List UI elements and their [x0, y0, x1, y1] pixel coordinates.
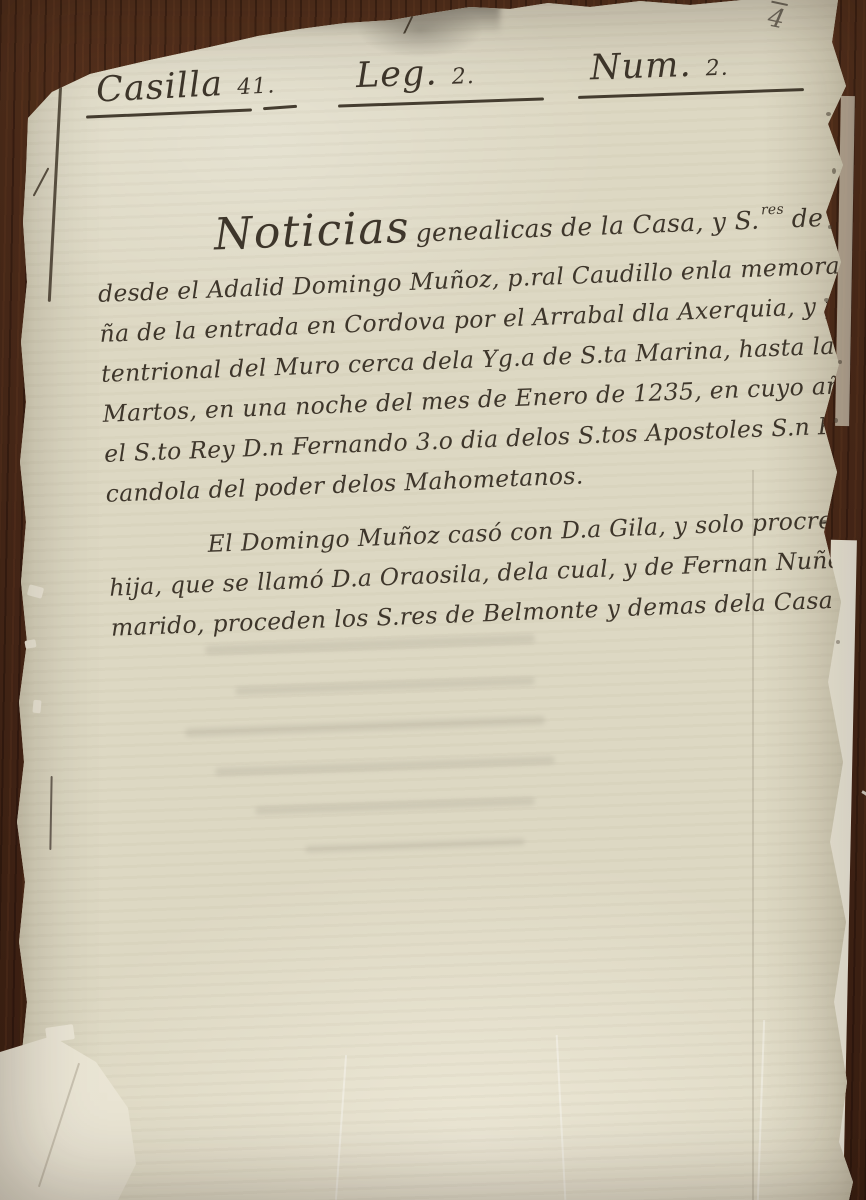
- verso-showthrough: [255, 797, 535, 815]
- title-superscript: res: [761, 202, 785, 219]
- edge-ink-speck: [822, 520, 827, 524]
- casilla-number: 41.: [237, 73, 276, 100]
- edge-ink-speck: [824, 298, 829, 302]
- edge-ink-speck: [828, 225, 832, 229]
- manuscript-photograph: 7 4 Casilla 41. Leg. 2. Num. 2. Noticias…: [0, 0, 866, 1200]
- numero-number: 2.: [705, 56, 729, 82]
- edge-ink-speck: [834, 418, 838, 423]
- edge-ink-speck: [832, 168, 836, 174]
- legajo-underline: [338, 97, 544, 107]
- margin-ink-stroke: [49, 776, 52, 850]
- verso-showthrough: [235, 677, 535, 695]
- paragraph-1: desde el Adalid Domingo Muñoz, p.ral Cau…: [97, 245, 856, 514]
- paper-crease: [335, 1055, 347, 1200]
- edge-ink-speck: [838, 360, 842, 364]
- title-text: genealicas de la Casa, y S.: [415, 206, 760, 248]
- margin-ink-stroke: [48, 64, 63, 302]
- verso-showthrough: [215, 756, 555, 776]
- legajo-number: 2.: [451, 64, 475, 90]
- manuscript-page: 7 4 Casilla 41. Leg. 2. Num. 2. Noticias…: [0, 0, 866, 1200]
- header-casilla: Casilla 41.: [95, 61, 276, 110]
- numero-underline: [578, 88, 804, 98]
- torn-edge-chip: [32, 700, 41, 714]
- edge-ink-speck: [826, 112, 831, 116]
- edge-ink-speck: [836, 640, 840, 644]
- numero-label: Num.: [589, 45, 692, 89]
- header-legajo: Leg. 2.: [355, 52, 475, 96]
- title-opening-word: Noticias: [213, 202, 411, 260]
- paper-crease: [556, 1035, 567, 1200]
- separator-dash: [263, 105, 297, 110]
- verso-showthrough: [305, 838, 525, 853]
- paper-fold-line: [752, 470, 754, 1200]
- header-numero: Num. 2.: [589, 44, 729, 89]
- pencil-folio-number: 4: [765, 3, 787, 36]
- manuscript-body: Noticias genealicas de la Casa, y S.res …: [95, 185, 861, 647]
- casilla-label: Casilla: [95, 64, 224, 111]
- paragraph-2: El Domingo Muñoz casó con D.a Gila, y so…: [107, 499, 861, 648]
- margin-ink-stroke-fork: [33, 167, 50, 196]
- legajo-label: Leg.: [355, 53, 438, 96]
- paper-crease: [757, 1020, 765, 1200]
- verso-showthrough: [185, 716, 545, 738]
